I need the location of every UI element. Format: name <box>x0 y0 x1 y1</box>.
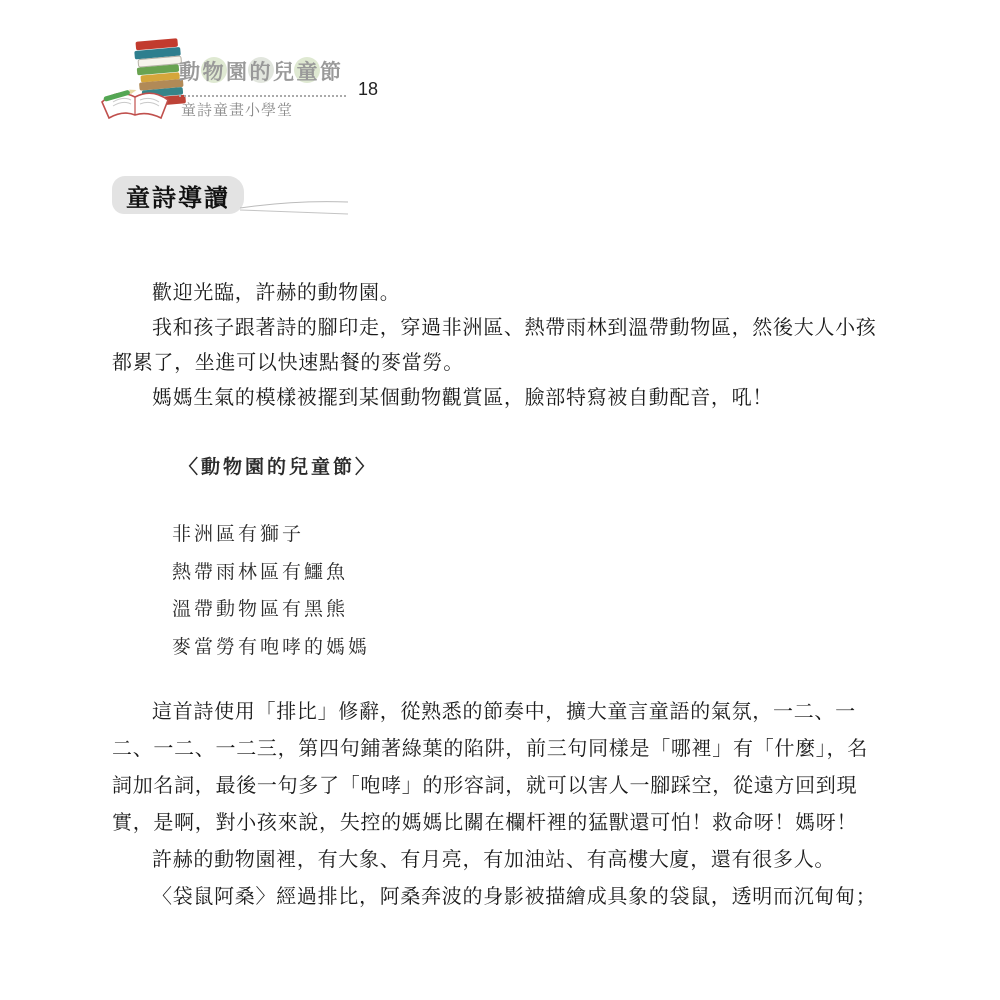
section-title: 童詩導讀 <box>126 178 230 213</box>
dotted-divider <box>179 95 346 97</box>
poem-line: 溫帶動物區有黑熊 <box>172 591 370 629</box>
paragraph: 媽媽生氣的模樣被擺到某個動物觀賞區，臉部特寫被自動配音，吼！ <box>112 381 882 416</box>
poem-body: 非洲區有獅子 熱帶雨林區有鱷魚 溫帶動物區有黑熊 麥當勞有咆哮的媽媽 <box>172 516 370 666</box>
section-title-box: 童詩導讀 <box>112 176 244 214</box>
poem-line: 非洲區有獅子 <box>172 516 370 554</box>
paragraph: 這首詩使用「排比」修辭，從熟悉的節奏中，擴大童言童語的氣氛，一二、一二、一二、一… <box>112 694 882 842</box>
book-page: 動物園的兒童節 童詩童畫小學堂 18 童詩導讀 歡迎光臨，許赫的動物園。 我和孩… <box>0 0 1000 1000</box>
paragraph: 〈袋鼠阿桑〉經過排比，阿桑奔波的身影被描繪成具象的袋鼠，透明而沉甸甸； <box>112 879 882 916</box>
page-number: 18 <box>358 79 378 100</box>
paragraph: 許赫的動物園裡，有大象、有月亮，有加油站、有高樓大廈，還有很多人。 <box>112 842 882 879</box>
intro-paragraphs: 歡迎光臨，許赫的動物園。 我和孩子跟著詩的腳印走，穿過非洲區、熱帶雨林到溫帶動物… <box>112 276 882 416</box>
paragraph: 我和孩子跟著詩的腳印走，穿過非洲區、熱帶雨林到溫帶動物區，然後大人小孩都累了，坐… <box>112 311 882 381</box>
poem-line: 熱帶雨林區有鱷魚 <box>172 554 370 592</box>
book-title: 動物園的兒童節 <box>179 60 344 84</box>
swoosh-lines-icon <box>240 196 350 218</box>
paragraph: 歡迎光臨，許赫的動物園。 <box>112 276 882 311</box>
series-subtitle: 童詩童畫小學堂 <box>181 99 293 120</box>
poem-title: 〈動物園的兒童節〉 <box>179 452 377 479</box>
poem-line: 麥當勞有咆哮的媽媽 <box>172 629 370 667</box>
analysis-paragraphs: 這首詩使用「排比」修辭，從熟悉的節奏中，擴大童言童語的氣氛，一二、一二、一二、一… <box>112 694 882 916</box>
book-title-logo: 動物園的兒童節 <box>179 56 344 86</box>
